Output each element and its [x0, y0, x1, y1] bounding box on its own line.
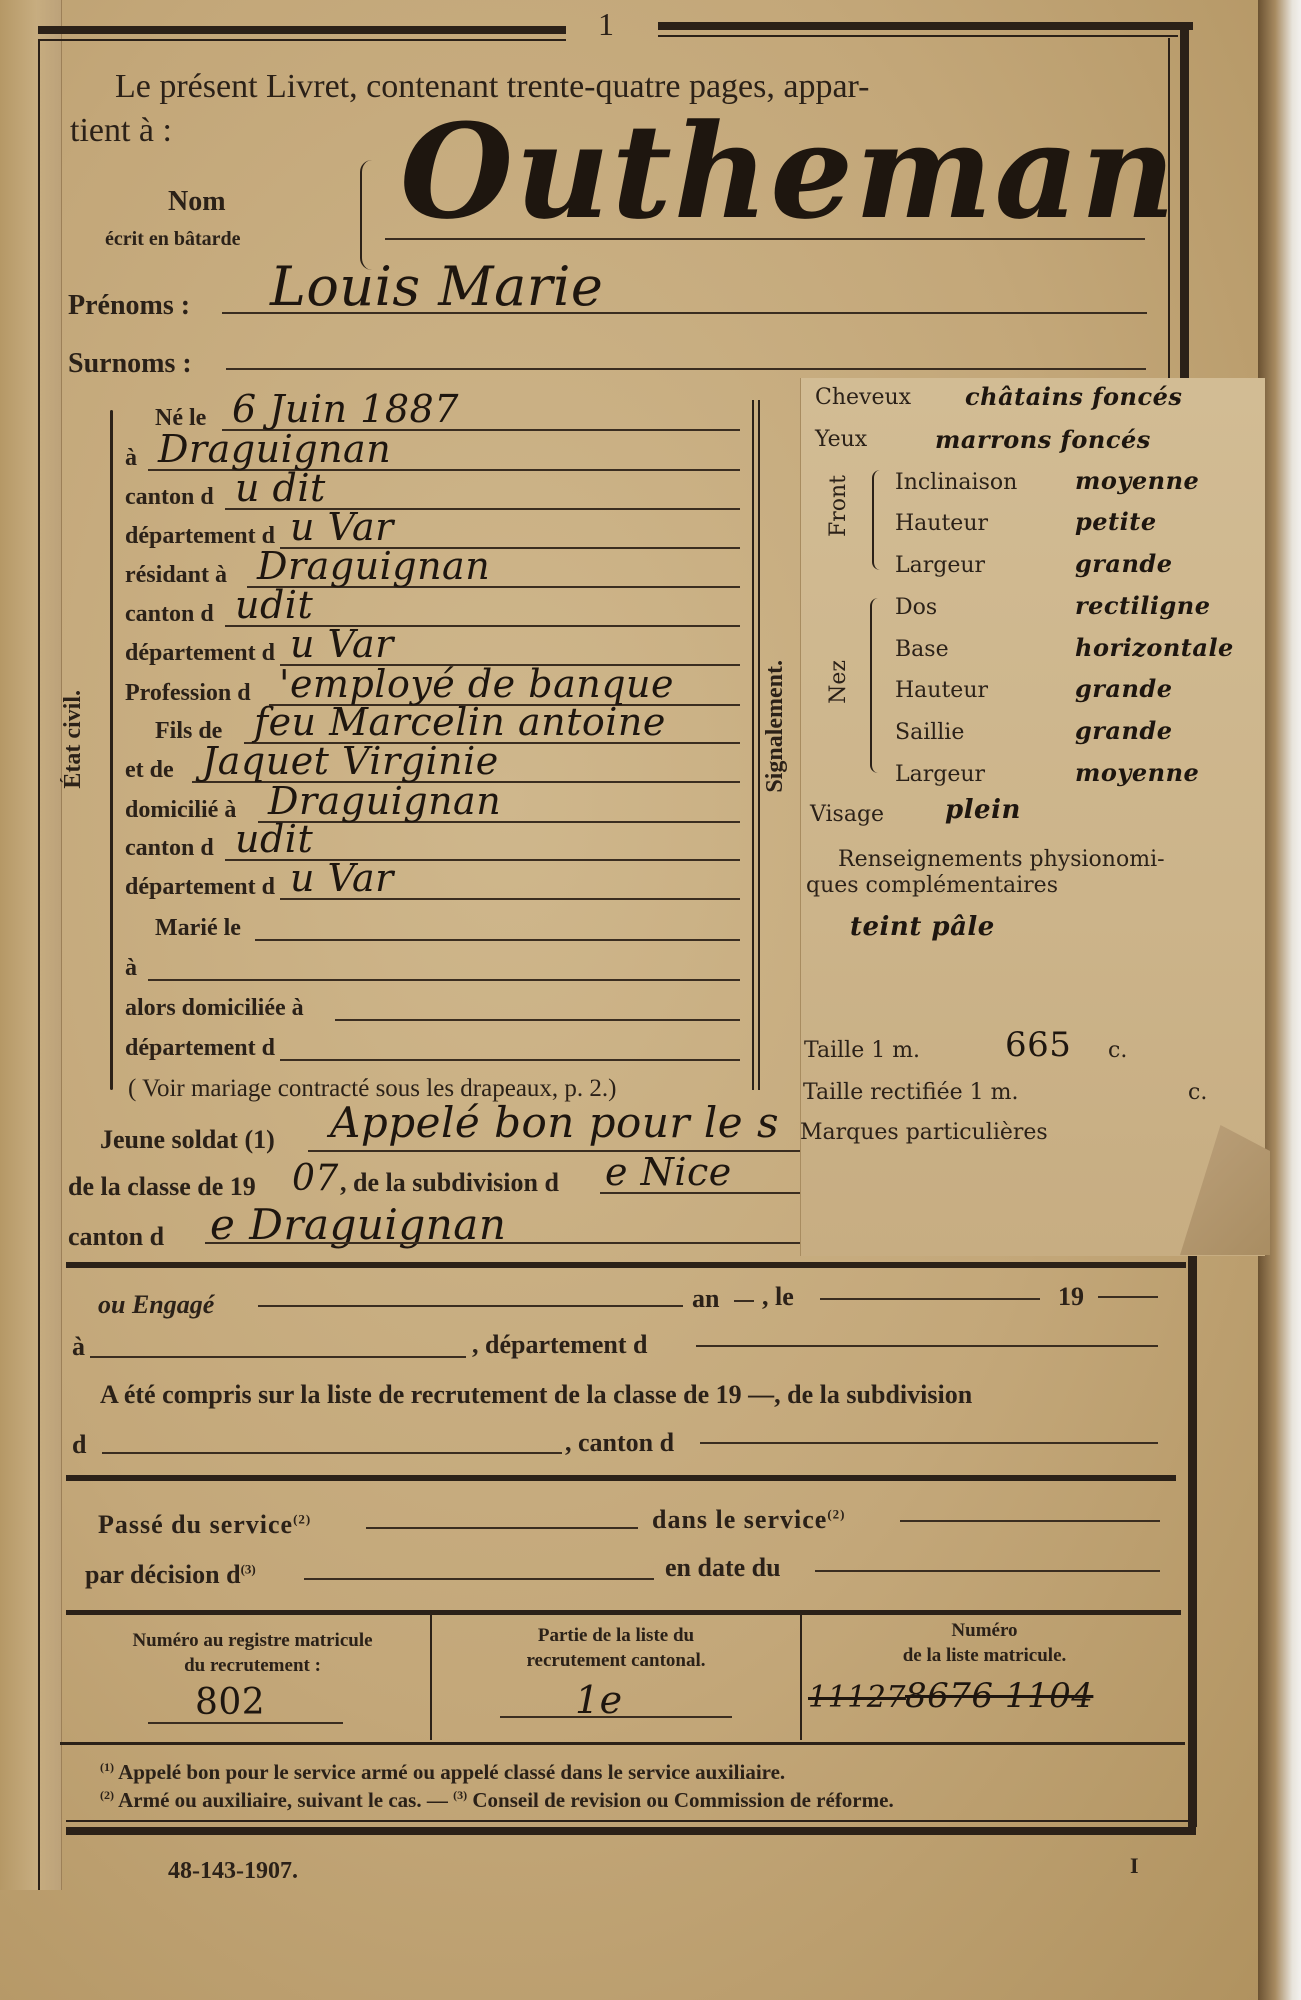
table-col2-line: [500, 1716, 732, 1718]
table-col3-struck-value: 11127: [808, 1680, 906, 1715]
etat-civil-label: État civil.: [60, 690, 87, 789]
passe-service-sup: (2): [293, 1511, 311, 1526]
table-col2-header-2: recrutement cantonal.: [432, 1650, 800, 1672]
footnote-1-text: Appelé bon pour le service armé ou appel…: [118, 1760, 785, 1784]
etat-civil-field-value: Jaquet Virginie: [202, 739, 499, 783]
date-line: [815, 1570, 1160, 1572]
etat-civil-field-line: [148, 979, 740, 981]
etat-civil-field-value: u Var: [290, 505, 394, 549]
engage-19-line: [1098, 1296, 1158, 1298]
signalement-row-label: Dos: [895, 595, 937, 620]
etat-civil-field-label: département d: [125, 874, 275, 901]
surnoms-label: Surnoms :: [68, 348, 192, 380]
signalement-row-value: petite: [1075, 507, 1157, 536]
etat-civil-field-value: Draguignan: [158, 427, 391, 471]
date-label: en date du: [665, 1553, 781, 1583]
top-rule-left: [38, 26, 566, 34]
dans-service-line: [900, 1520, 1160, 1522]
passe-service-line: [366, 1527, 638, 1529]
separator-footnotes: [60, 1742, 1185, 1745]
signalement-row-value: grande: [1075, 674, 1172, 703]
renseignements-value: teint pâle: [850, 912, 995, 942]
etat-civil-field-line: [335, 1019, 740, 1021]
frame-right-thick-lower: [1188, 1255, 1197, 1827]
etat-civil-field-value: udit: [235, 817, 313, 861]
classe-label: de la classe de 19: [68, 1172, 256, 1202]
renseignements-label-1: Renseignements physionomi-: [838, 847, 1165, 872]
etat-civil-field-label: résidant à: [125, 562, 227, 589]
passe-service-text: Passé du service: [98, 1510, 293, 1539]
liste-canton-line: [700, 1442, 1158, 1444]
signalement-row-value: moyenne: [1075, 758, 1199, 787]
etat-civil-field-label: département d: [125, 523, 275, 550]
canton-recr-label: canton d: [68, 1222, 164, 1252]
etat-civil-field-label: domicilié à: [125, 797, 236, 824]
etat-civil-field-value: u Var: [290, 856, 394, 900]
etat-civil-field-line: [280, 1059, 740, 1061]
top-rule-left-thin: [38, 39, 566, 41]
surnoms-line: [226, 368, 1146, 370]
etat-civil-field-label: département d: [125, 640, 275, 667]
taille-value: 665: [1005, 1025, 1071, 1065]
subdivision-value: e Nice: [605, 1150, 732, 1194]
dans-service-label: dans le service(2): [652, 1505, 845, 1535]
etat-civil-field-label: à: [125, 445, 137, 472]
etat-civil-field-label: département d: [125, 1035, 275, 1062]
separator-table: [66, 1610, 1181, 1615]
bottom-rule-thin: [66, 1820, 1196, 1822]
liste-recrutement-line: A été compris sur la liste de recrutemen…: [100, 1380, 972, 1410]
prenoms-line: [222, 312, 1147, 314]
footer-signature-mark: I: [1130, 1853, 1139, 1879]
etat-civil-field-label: canton d: [125, 835, 214, 862]
table-col1-header-2: du recrutement :: [75, 1655, 430, 1677]
taille-unit: c.: [1108, 1038, 1127, 1063]
etat-civil-field-label: à: [125, 955, 137, 982]
dans-service-sup: (2): [827, 1506, 845, 1521]
engage-a-label: à: [72, 1332, 85, 1362]
engage-label: ou Engagé: [98, 1290, 214, 1320]
cheveux-value: châtains foncés: [965, 382, 1182, 411]
signalement-row-label: Base: [895, 637, 949, 662]
etat-civil-field-label: et de: [125, 757, 174, 784]
separator-engage: [66, 1262, 1186, 1268]
etat-civil-field-value: u Var: [290, 622, 394, 666]
footnote-1-sup: (1): [100, 1760, 114, 1774]
dans-service-text: dans le service: [652, 1505, 827, 1534]
signalement-row-value: grande: [1075, 716, 1172, 745]
table-col3-value: 8676 1104: [905, 1676, 1093, 1716]
signalement-row-label: Largeur: [895, 553, 985, 578]
separator-service: [66, 1475, 1176, 1481]
taille-label: Taille 1 m.: [804, 1038, 920, 1063]
footnote-2-3: (2) Armé ou auxiliaire, suivant le cas. …: [100, 1788, 894, 1813]
nom-brace: [360, 160, 372, 270]
footnote-3-sup: (3): [453, 1788, 467, 1802]
frame-left: [38, 40, 40, 1890]
table-col2-header-1: Partie de la liste du: [432, 1625, 800, 1647]
liste-d-label: d: [72, 1430, 86, 1460]
prenoms-label: Prénoms :: [68, 290, 190, 322]
signalement-label: Signalement.: [762, 660, 789, 793]
signalement-row-label: Largeur: [895, 762, 985, 787]
yeux-label: Yeux: [815, 427, 867, 452]
jeune-soldat-label: Jeune soldat (1): [100, 1125, 275, 1155]
etat-civil-right-rule-2: [758, 400, 760, 1090]
engage-le-line: [820, 1298, 1040, 1300]
bottom-rule-thick: [66, 1827, 1196, 1835]
front-brace: [872, 470, 880, 570]
jeune-soldat-value: Appelé bon pour le s: [330, 1098, 779, 1147]
table-col3-header-1: Numéro: [802, 1620, 1167, 1642]
taille-rectifiee-unit: c.: [1188, 1080, 1207, 1105]
signalement-row-label: Hauteur: [895, 511, 988, 536]
etat-civil-brace: [110, 410, 113, 1090]
etat-civil-field-value: feu Marcelin antoine: [254, 700, 666, 744]
decision-text: par décision d: [85, 1560, 241, 1589]
engage-an: an: [692, 1284, 719, 1314]
decision-sup: (3): [241, 1561, 256, 1576]
intro-line-2: tient à :: [70, 112, 172, 150]
signalement-row-label: Saillie: [895, 720, 964, 745]
etat-civil-field-label: alors domiciliée à: [125, 995, 304, 1022]
jeune-soldat-line: [308, 1150, 808, 1152]
marques-label: Marques particulières: [800, 1120, 1048, 1145]
visage-label: Visage: [810, 802, 884, 827]
subdivision-line: [600, 1192, 805, 1194]
signalement-row-value: moyenne: [1075, 466, 1199, 495]
footnote-2-text: Armé ou auxiliaire, suivant le cas. —: [118, 1788, 448, 1812]
etat-civil-field-label: Marié le: [155, 915, 241, 942]
table-col1-header-1: Numéro au registre matricule: [75, 1630, 430, 1652]
top-rule-right-thin: [658, 35, 1178, 37]
etat-civil-field-line: [255, 939, 740, 941]
subdivision-label: , de la subdivision d: [340, 1168, 559, 1198]
etat-civil-field-label: canton d: [125, 484, 214, 511]
front-group-label: Front: [826, 475, 851, 537]
etat-civil-right-rule-1: [752, 400, 754, 1090]
yeux-value: marrons foncés: [935, 425, 1151, 454]
engage-le: , le: [762, 1282, 794, 1312]
signalement-row-value: grande: [1075, 549, 1172, 578]
renseignements-label-2: ques complémentaires: [806, 873, 1058, 898]
etat-civil-field-value: u dit: [235, 466, 326, 510]
visage-value: plein: [945, 795, 1021, 825]
table-col1-value: 802: [195, 1682, 265, 1723]
engage-an-line: [734, 1300, 754, 1302]
etat-civil-field-label: canton d: [125, 601, 214, 628]
top-rule-right: [658, 22, 1193, 30]
nom-line: [385, 238, 1145, 240]
nom-sublabel: écrit en bâtarde: [105, 228, 241, 251]
signalement-row-value: horizontale: [1075, 633, 1234, 662]
etat-civil-field-value: Draguignan: [257, 544, 490, 588]
signalement-row-label: Inclinaison: [895, 470, 1017, 495]
left-binding-edge: [0, 0, 62, 1890]
taille-rectifiee-label: Taille rectifiée 1 m.: [803, 1080, 1019, 1105]
signalement-row-label: Hauteur: [895, 678, 988, 703]
engage-departement-line: [696, 1345, 1158, 1347]
nez-brace: [870, 598, 878, 773]
passe-service-label: Passé du service(2): [98, 1510, 311, 1540]
liste-canton-label: , canton d: [565, 1428, 674, 1458]
nom-label: Nom: [168, 186, 226, 218]
decision-line: [304, 1578, 654, 1580]
engage-departement-label: , département d: [472, 1330, 647, 1360]
page-number: 1: [598, 6, 614, 43]
footer-print-code: 48-143-1907.: [168, 1858, 298, 1885]
table-col1-line: [148, 1722, 343, 1724]
etat-civil-field-label: Profession d: [125, 680, 251, 707]
footnote-3-text: Conseil de revision ou Commission de réf…: [472, 1788, 893, 1812]
cheveux-label: Cheveux: [815, 385, 911, 410]
nom-value: Outheman: [400, 95, 1177, 248]
footnote-2-sup: (2): [100, 1788, 114, 1802]
etat-civil-field-value: udit: [235, 583, 313, 627]
prenoms-value: Louis Marie: [270, 255, 603, 318]
engage-line: [258, 1305, 683, 1307]
engage-19: 19: [1058, 1282, 1084, 1312]
signalement-row-value: rectiligne: [1075, 591, 1210, 620]
canton-recr-line: [205, 1242, 805, 1244]
engage-a-line: [90, 1356, 466, 1358]
etat-civil-field-value: 6 Juin 1887: [232, 387, 459, 431]
footnote-1: (1) Appelé bon pour le service armé ou a…: [100, 1760, 785, 1785]
classe-value: 07: [292, 1158, 339, 1199]
liste-d-line: [102, 1452, 562, 1454]
decision-label: par décision d(3): [85, 1560, 256, 1590]
table-col3-header-2: de la liste matricule.: [802, 1645, 1167, 1667]
nez-group-label: Nez: [826, 660, 851, 704]
